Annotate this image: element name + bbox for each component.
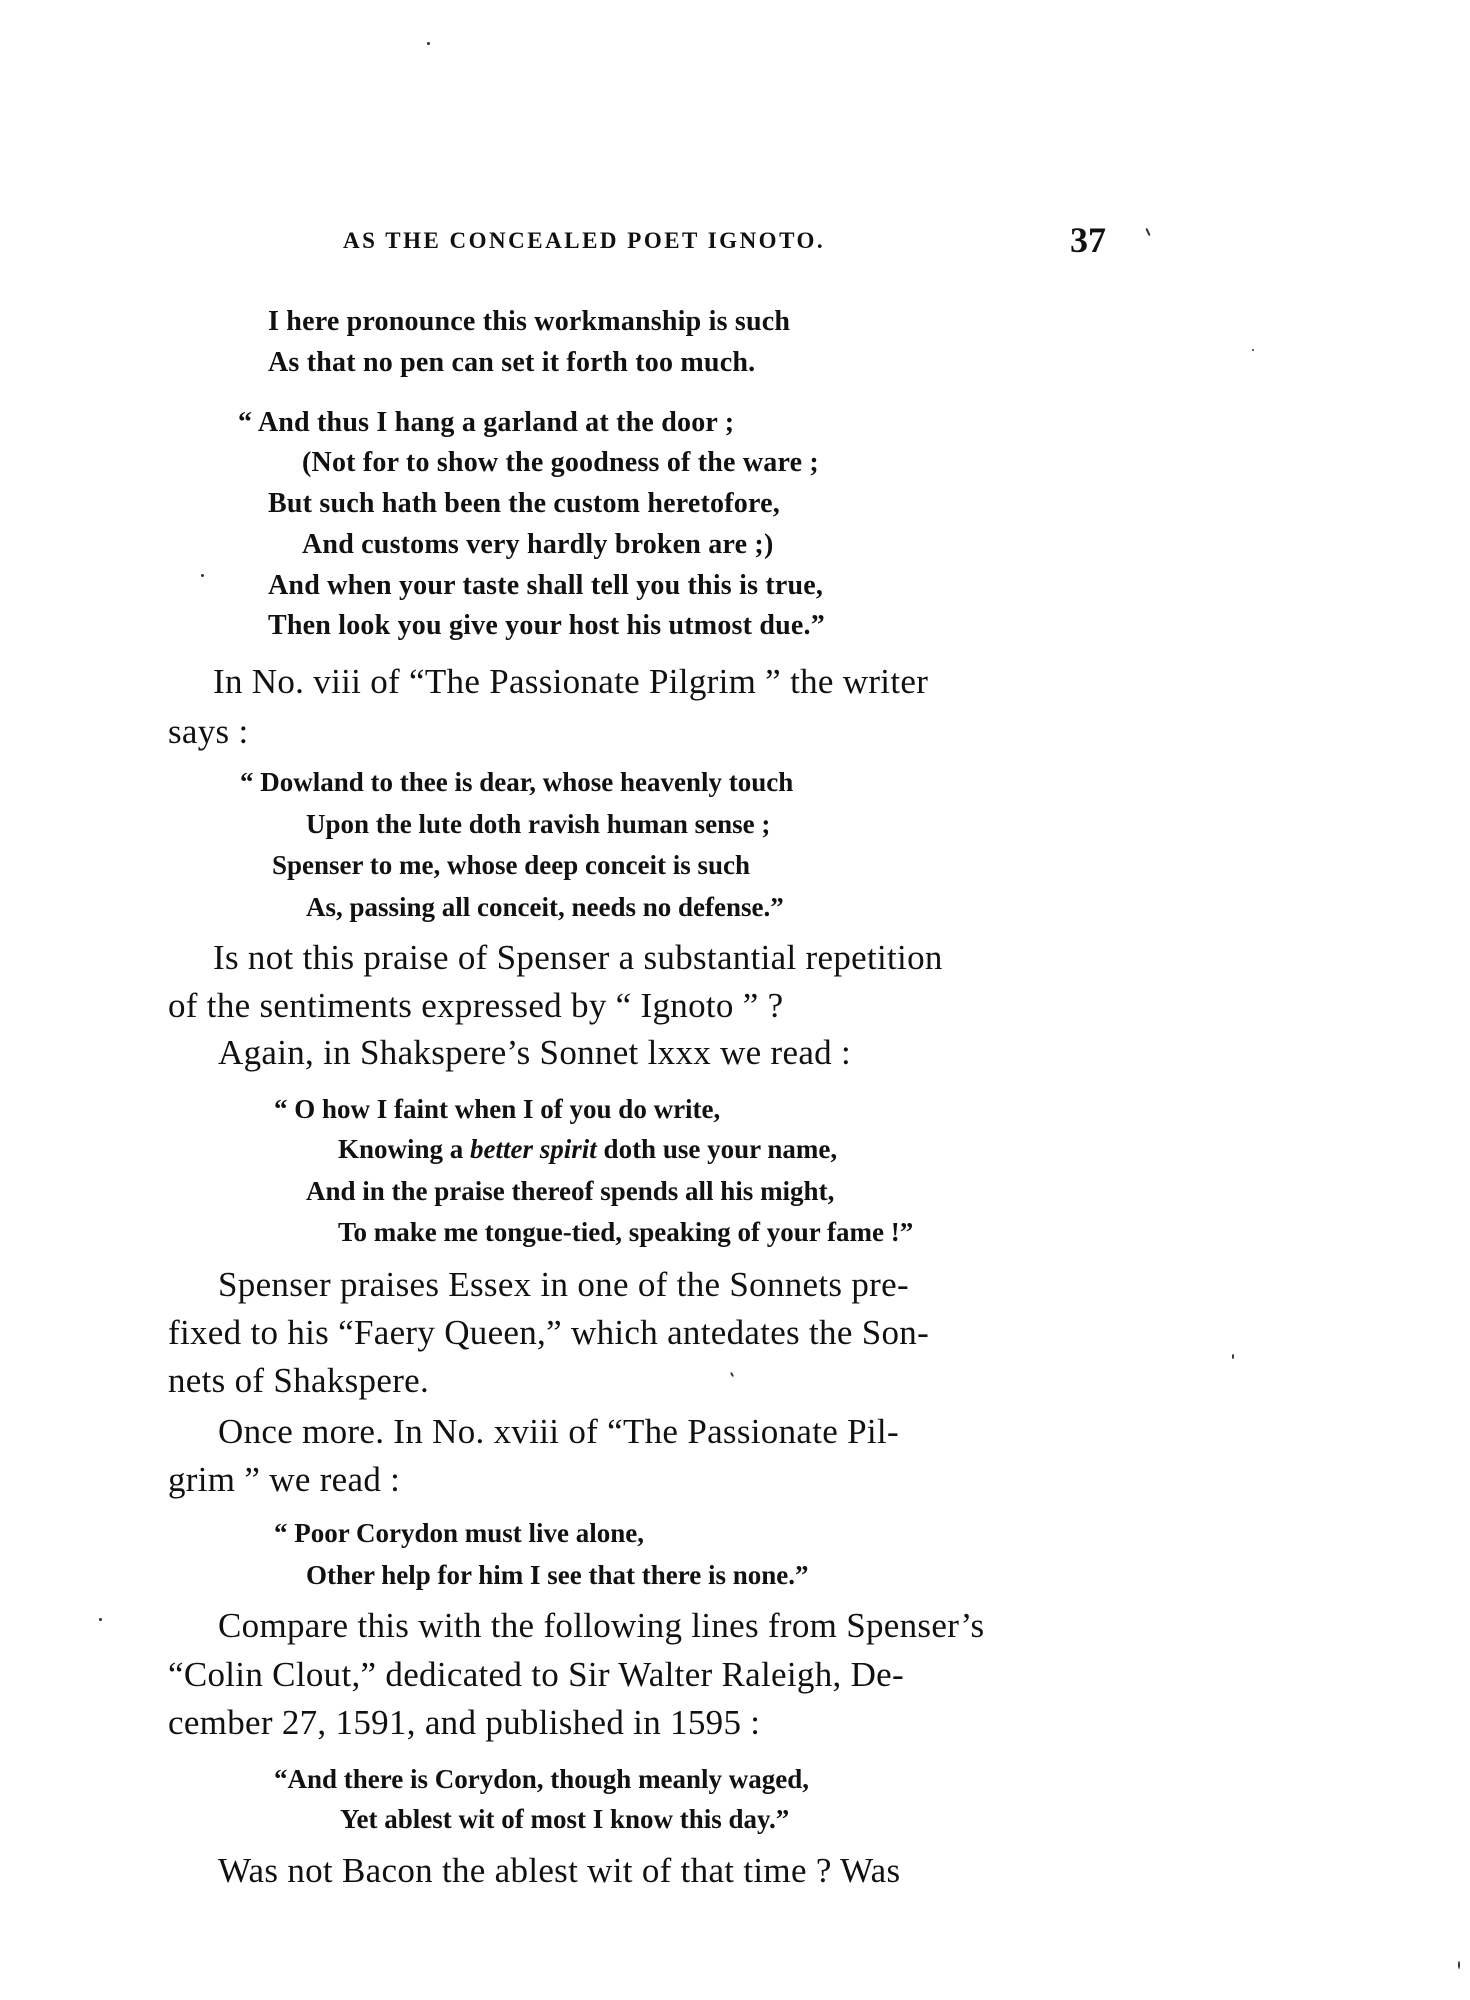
verse-line: And customs very hardly broken are ;) [302, 531, 773, 559]
prose-line: Once more. In No. xviii of “The Passiona… [218, 1414, 899, 1449]
prose-line: grim ” we read : [168, 1462, 400, 1497]
prose-line: Was not Bacon the ablest wit of that tim… [218, 1853, 900, 1888]
quoted-verse-line: “ Poor Corydon must live alone, [274, 1520, 644, 1547]
quoted-verse-line: “ O how I faint when I of you do write, [274, 1096, 720, 1123]
prose-line: of the sentiments expressed by “ Ignoto … [168, 988, 784, 1023]
prose-line: Compare this with the following lines fr… [218, 1608, 984, 1643]
verse-line: And when your taste shall tell you this … [268, 572, 823, 600]
quoted-verse-line: “ Dowland to thee is dear, whose heavenl… [240, 769, 793, 796]
prose-line: “Colin Clout,” dedicated to Sir Walter R… [168, 1657, 904, 1692]
running-title: AS THE CONCEALED POET IGNOTO. [343, 229, 825, 252]
page-number: 37 [1070, 222, 1106, 258]
quoted-verse-line: And in the praise thereof spends all his… [306, 1178, 834, 1205]
prose-line: says : [168, 714, 249, 749]
quoted-verse-line: Other help for him I see that there is n… [306, 1562, 808, 1589]
line-text: doth use your name, [597, 1134, 837, 1164]
quoted-verse-line: “And there is Corydon, though meanly wag… [274, 1766, 809, 1793]
quoted-verse-line: Upon the lute doth ravish human sense ; [306, 811, 770, 838]
italic-emphasis: better spirit [470, 1134, 597, 1164]
verse-line: (Not for to show the goodness of the war… [302, 449, 819, 477]
verse-line: Then look you give your host his utmost … [268, 612, 825, 640]
prose-line: Spenser praises Essex in one of the Sonn… [218, 1267, 909, 1302]
verse-line: As that no pen can set it forth too much… [268, 349, 755, 377]
quoted-verse-line: Spenser to me, whose deep conceit is suc… [272, 852, 750, 879]
print-speck [427, 42, 430, 45]
verse-line: But such hath been the custom heretofore… [268, 490, 780, 518]
print-speck [99, 1618, 102, 1621]
prose-line: fixed to his “Faery Queen,” which anteda… [168, 1315, 929, 1350]
print-speck [1458, 1961, 1460, 1969]
quoted-verse-line: Knowing a better spirit doth use your na… [338, 1136, 837, 1163]
line-text: Knowing a [338, 1134, 470, 1164]
verse-line: “ And thus I hang a garland at the door … [238, 409, 734, 437]
book-page: AS THE CONCEALED POET IGNOTO. 37 I here … [0, 0, 1470, 2000]
quoted-verse-line: Yet ablest wit of most I know this day.” [340, 1806, 789, 1833]
prose-line: nets of Shakspere. [168, 1363, 429, 1398]
print-speck [1232, 1354, 1234, 1359]
prose-line: In No. viii of “The Passionate Pilgrim ”… [213, 664, 928, 699]
print-speck [1145, 228, 1150, 236]
print-speck [1252, 349, 1254, 351]
prose-line: cember 27, 1591, and published in 1595 : [168, 1705, 760, 1740]
quoted-verse-line: To make me tongue-tied, speaking of your… [338, 1219, 913, 1246]
print-speck [730, 1372, 734, 1377]
prose-line: Is not this praise of Spenser a substant… [213, 940, 943, 975]
verse-line: I here pronounce this workmanship is suc… [268, 308, 790, 336]
print-speck [201, 574, 204, 577]
prose-line: Again, in Shakspere’s Sonnet lxxx we rea… [218, 1035, 851, 1070]
quoted-verse-line: As, passing all conceit, needs no defens… [306, 894, 784, 921]
